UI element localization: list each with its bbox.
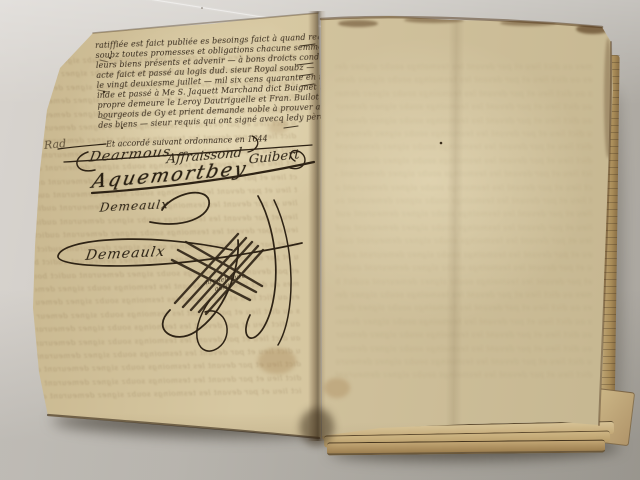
ghost-line: t lieu et par devant les tesmoings soubz… (336, 194, 592, 207)
ghost-line: u dict lieu et par devant les tesmoings … (336, 355, 592, 368)
signature-guibert: Guibert (249, 147, 300, 167)
stain-left-page (258, 348, 296, 374)
ghost-line: es au dict lieu et par devant les tesmoi… (336, 301, 592, 314)
ghost-line: ict lieu et par devant les tesmoings sou… (336, 167, 592, 180)
ghost-line: u et par devant les tesmoings soubz sign… (336, 261, 592, 274)
ghost-line: mes au dict lieu et par devant les tesmo… (35, 277, 299, 296)
ghost-line: au dict lieu et par devant les tesmoings… (36, 317, 300, 336)
ghost-line: et par devant les tesmoings soubz signez… (35, 264, 299, 283)
ghost-line: au dict lieu et par devant les tesmoings… (336, 114, 592, 127)
ghost-line: lieu et par devant les tesmoings soubz s… (336, 207, 592, 220)
ghost-line: et par devant les tesmoings soubz signez… (336, 275, 592, 288)
notary-note: nre lefebure abril (205, 273, 248, 295)
ghost-line: s au dict lieu et par devant les tesmoin… (336, 87, 592, 100)
signature-demeaulx-2: Demeaulx (84, 244, 166, 264)
ghost-line: eu et par devant les tesmoings soubz sig… (34, 237, 298, 256)
burned-top-edge-patch (338, 20, 378, 27)
ghost-line: ct lieu et par devant les tesmoings soub… (336, 181, 592, 194)
ghost-line: au dict lieu et par devant les tesmoings… (336, 100, 592, 113)
ghost-line: mes au dict lieu et par devant les tesmo… (336, 288, 592, 301)
ghost-line: eu et par devant les tesmoings soubz sig… (336, 248, 592, 261)
ghost-text-right: mes au dict lieu et par devant les tesmo… (336, 60, 592, 390)
ghost-line: dict lieu et par devant les tesmoings so… (336, 154, 592, 167)
ghost-line: au dict lieu et par devant les tesmoings… (336, 342, 592, 355)
ghost-line: au dict lieu et par devant les tesmoings… (36, 331, 300, 350)
book-gutter-foot-shadow (300, 408, 334, 446)
stain-right-page (324, 378, 350, 398)
ghost-line: u et par devant les tesmoings soubz sign… (35, 250, 299, 269)
ghost-line: au dict lieu et par devant les tesmoings… (336, 328, 592, 341)
manuscript-text-block: ratiffiée est faict publiée es besoings … (95, 32, 324, 131)
ghost-line: lieu et par devant les tesmoings soubz s… (336, 221, 592, 234)
photo-scene: mes au dict lieu et par devant les tesmo… (0, 0, 640, 480)
ghost-line: u dict lieu et par devant les tesmoings … (336, 127, 592, 140)
ghost-line: lieu et par devant les tesmoings soubz s… (34, 210, 298, 229)
ghost-line: ict lieu et par devant les tesmoings sou… (37, 384, 301, 403)
ghost-line: s au dict lieu et par devant les tesmoin… (36, 304, 300, 323)
ghost-line: ieu et par devant les tesmoings soubz si… (34, 224, 298, 243)
book-gutter (308, 11, 326, 441)
ghost-line: s au dict lieu et par devant les tesmoin… (336, 315, 592, 328)
signature-demeaulx-1: Demeaulx (99, 197, 170, 215)
ghost-line: dict lieu et par devant les tesmoings so… (336, 140, 592, 153)
ghost-line: es au dict lieu et par devant les tesmoi… (35, 291, 299, 310)
marginal-note: Rad (43, 137, 66, 152)
ghost-line: dict lieu et par devant les tesmoings so… (336, 368, 592, 381)
ghost-line: ieu et par devant les tesmoings soubz si… (336, 234, 592, 247)
ghost-line: dict lieu et par devant les tesmoings so… (37, 371, 301, 390)
vertical-crease (446, 20, 465, 428)
signature-dearmous: Dearmous (88, 144, 173, 166)
